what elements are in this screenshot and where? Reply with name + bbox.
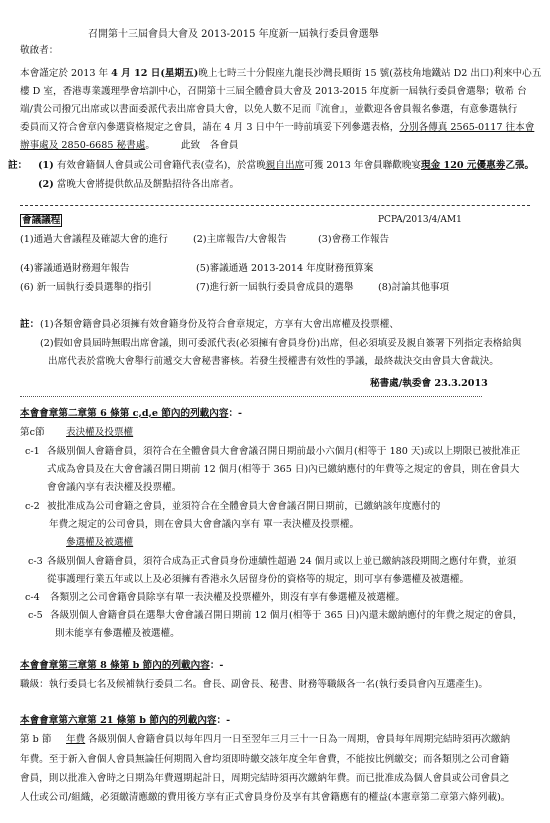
meeting-date: 4 月 12 日(星期五) (111, 68, 198, 79)
salutation: 敬啟者： (20, 46, 58, 56)
clause-c5-line-2: 則未能享有參選權及被選權。 (55, 629, 180, 639)
note-1: (1)各類會籍會員必須擁有效會籍身份及符合會章規定，方享有大會出席權及投票權、 (40, 320, 399, 330)
agenda-item: (3)會務工作報告 (318, 235, 389, 245)
clause-number: c-2 (25, 502, 40, 512)
agenda-item: (7)進行新一屆執行委員會成員的選舉 (196, 283, 354, 293)
section-heading: 本會會章第六章第 21 條第 b 節內的列載內容：- (20, 716, 230, 726)
dotted-divider (20, 396, 482, 397)
heading-suffix: ：- (217, 715, 231, 726)
note-text: 有效會籍個人會員或公司會籍代表(壹名)，於當晚 (57, 160, 266, 171)
note-number: (2) (38, 179, 54, 190)
section-body: 職級：執行委員七名及候補執行委員二名。會長、副會長、秘書、財務等職級各一名(執行… (20, 680, 488, 690)
heading-suffix: ：- (210, 660, 224, 671)
note-2: (2) 當晚大會將提供飲品及餅點招待各出席者。 (38, 180, 239, 190)
clause-c1-line-2: 式成為會員及在大會會議召開日期前 12 個月(相等于 365 日)內已繳納應付的… (47, 465, 519, 475)
note-1: (1) 有效會籍個人會員或公司會籍代表(壹名)，於當晚親自出席可獲 2013 年… (38, 161, 534, 171)
annual-fee-line-3: 會員，則以批准入會時之日期為年費週期起計日，周期完結時須再次繳納年費。而已批准成… (20, 774, 509, 784)
agenda-item: (8)討論其他事項 (378, 283, 449, 293)
note-2: (2)假如會員屆時無暇出席會議，則可委派代表(必須擁有會員身份)出席，但必須填妥… (40, 339, 522, 349)
subsection-title: 參選權及被選權 (66, 538, 133, 548)
intro-line-2: 樓 D 室，香港專業護理學會培訓中心，召開第十三屆全體會員大會及 2013-20… (20, 87, 527, 97)
subsection-title: 表決權及投票權 (66, 428, 133, 438)
annual-fee-line-4: 人仕或公司/組織，必須繳清應繳的費用後方享有正式會員身份及享有其會籍應有的權益(… (20, 793, 510, 803)
note-2-cont: 出席代表於當晚大會舉行前遞交大會秘書審核。若發生授權書有效性的爭議，最終裁決交由… (48, 357, 499, 367)
annual-fee-line-2: 年費。至于新入會個人會員無論任何期間入會均須即時繳交該年度全年會費，不能按比例繳… (20, 755, 509, 765)
subsection-label: 第c節 (20, 428, 45, 438)
agenda-item: (6) 新一屆執行委員選舉的指引 (20, 283, 152, 293)
clause-c1-line-1: 各級別個人會籍會員，須符合在全體會員大會會議召開日期前最小六個月(相等于 180… (47, 447, 520, 457)
intro-line-3: 端/貴公司撥冗出席或以書面委派代表出席會員大會，以免人數不足而『流會』，並歡迎各… (20, 105, 517, 115)
intro-text: 晚上七時三十分假座九龍長沙灣長順街 15 號(荔枝角地鐵站 D2 出口)利來中心… (198, 68, 541, 79)
agenda-item: (5)審議通過 2013-2014 年度財務預算案 (196, 264, 373, 274)
section-heading-text: 本會會章第二章第 6 條第 c,d,e 節內的列載內容 (20, 408, 228, 419)
section-heading-text: 本會會章第六章第 21 條第 b 節內的列載內容 (20, 715, 217, 726)
fax-instruction-link-cont: 辦事處及 2850-6685 秘書處 (20, 140, 145, 151)
note-text: 可獲 2013 年會員聯歡晚宴 (304, 160, 421, 171)
section-heading: 本會會章第三章第 8 條第 b 節內的列載內容：- (20, 661, 223, 671)
section-heading: 本會會章第二章第 6 條第 c,d,e 節內的列載內容：- (20, 409, 242, 419)
clause-number: c-3 (28, 557, 43, 567)
agenda-heading: 會議議程 (20, 216, 62, 226)
agenda-heading-text: 會議議程 (20, 214, 62, 227)
intro-text: 委員而又符合會章內參選資格規定之會員，請在 4 月 3 日中午一時前填妥下列參選… (20, 122, 399, 133)
subsection-label: 第 b 節 (20, 735, 51, 745)
clause-number: c-5 (28, 611, 43, 621)
clause-c1-line-3: 會會議內享有表決權及投票權。 (47, 483, 181, 493)
intro-text: 本會謹定於 2013 年 (20, 68, 111, 79)
agenda-item: (2)主席報告/大會報告 (193, 235, 287, 245)
clause-number: c-4 (25, 593, 40, 603)
intro-text: 。 (145, 140, 155, 151)
agenda-item: (4)審議通過財務週年報告 (20, 264, 130, 274)
agenda-reference: PCPA/2013/4/AM1 (378, 216, 462, 225)
intro-line-1: 本會謹定於 2013 年 4 月 12 日(星期五)晚上七時三十分假座九龍長沙灣… (20, 69, 541, 79)
signature: 秘書處/執委會 23.3.2013 (370, 379, 488, 389)
clause-c2-line-1: 被批准成為公司會籍之會員，並須符合在全體會員大會會議召開日期前，已繳納該年度應付… (47, 502, 440, 512)
note-text: 當晚大會將提供飲品及餅點招待各出席者。 (57, 179, 239, 190)
prize-text: 現金 120 元優惠劵 (421, 160, 505, 171)
intro-line-5: 辦事處及 2850-6685 秘書處。此致 各會員 (20, 141, 238, 151)
clause-c2-line-2: 年費之規定的公司會員，則在會員大會會議內享有 單一表決權及投票權。 (49, 520, 359, 530)
clause-c3-line-2: 從事護理行業五年或以上及必須擁有香港永久居留身份的資格等的規定，則可享有參選權及… (47, 575, 469, 585)
fax-instruction-link: 分別各傳真 2565-0117 往本會 (399, 122, 534, 133)
section-heading-text: 本會會章第三章第 8 條第 b 節內的列載內容 (20, 660, 210, 671)
document-title: 召開第十三屆會員大會及 2013-2015 年度新一屆執行委員會選舉 (88, 30, 379, 40)
subsection-title: 年費 (66, 735, 85, 745)
clause-c3-line-1: 各級別個人會籍會員，須符合成為正式會員身份連續性超過 24 個月或以上並已繳納該… (47, 557, 516, 567)
note-number: (1) (38, 160, 54, 171)
intro-line-4: 委員而又符合會章內參選資格規定之會員，請在 4 月 3 日中午一時前填妥下列參選… (20, 123, 534, 133)
notes-label: 註： (20, 320, 39, 330)
clause-number: c-1 (25, 447, 40, 457)
clause-c5-line-1: 各級別個人會籍會員在選舉大會會議召開日期前 12 個月(相等于 365 日)內還… (50, 611, 522, 621)
note-text: 乙張。 (505, 160, 534, 171)
note-emphasis: 親自出席 (266, 160, 304, 171)
clause-c4-line-1: 各類別之公司會籍會員除享有單一表決權及投票權外，則沒有享有參選權及被選權。 (50, 593, 405, 603)
agenda-item: (1)通過大會議程及確認大會的進行 (20, 235, 168, 245)
annual-fee-line-1: 各級別個人會籍會員以每年四月一日至翌年三月三十一日為一周期，會員每年周期完結時須… (88, 735, 510, 745)
dashed-divider (20, 205, 530, 206)
notes-label: 註： (8, 161, 27, 171)
closing: 此致 各會員 (181, 140, 239, 151)
heading-suffix: ：- (228, 408, 242, 419)
